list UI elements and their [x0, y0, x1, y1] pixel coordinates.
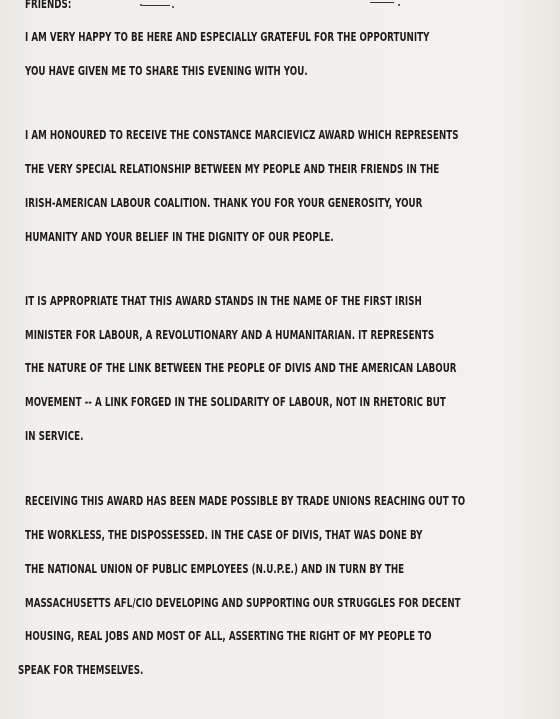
text-line: SPEAK FOR THEMSELVES.	[18, 663, 143, 677]
text-line: THE NATURE OF THE LINK BETWEEN THE PEOPL…	[25, 361, 457, 375]
text-line: MOVEMENT -- A LINK FORGED IN THE SOLIDAR…	[25, 395, 446, 409]
text-line: HOUSING, REAL JOBS AND MOST OF ALL, ASSE…	[25, 629, 432, 643]
text-line: MINISTER FOR LABOUR, A REVOLUTIONARY AND…	[25, 328, 434, 342]
text-line: IT IS APPROPRIATE THAT THIS AWARD STANDS…	[25, 294, 422, 308]
scanned-page: FRIENDS: I AM VERY HAPPY TO BE HERE AND …	[0, 0, 560, 719]
text-line: MASSACHUSETTS AFL/CIO DEVELOPING AND SUP…	[25, 596, 461, 610]
pen-mark	[370, 2, 394, 3]
pen-mark	[142, 5, 170, 6]
pen-dot	[140, 4, 142, 6]
text-line: THE VERY SPECIAL RELATIONSHIP BETWEEN MY…	[25, 162, 439, 176]
pen-dot	[172, 6, 174, 8]
text-line: IRISH-AMERICAN LABOUR COALITION. THANK Y…	[25, 196, 422, 210]
text-line: HUMANITY AND YOUR BELIEF IN THE DIGNITY …	[25, 230, 334, 244]
text-line: IN SERVICE.	[25, 429, 83, 443]
pen-dot	[398, 4, 400, 6]
text-line: THE NATIONAL UNION OF PUBLIC EMPLOYEES (…	[25, 562, 404, 576]
text-line: I AM HONOURED TO RECEIVE THE CONSTANCE M…	[25, 128, 459, 142]
text-line: THE WORKLESS, THE DISPOSSESSED. IN THE C…	[25, 528, 422, 542]
text-line: RECEIVING THIS AWARD HAS BEEN MADE POSSI…	[25, 494, 465, 508]
text-line: I AM VERY HAPPY TO BE HERE AND ESPECIALL…	[25, 30, 429, 44]
text-line: YOU HAVE GIVEN ME TO SHARE THIS EVENING …	[25, 64, 308, 78]
salutation: FRIENDS:	[25, 0, 71, 11]
